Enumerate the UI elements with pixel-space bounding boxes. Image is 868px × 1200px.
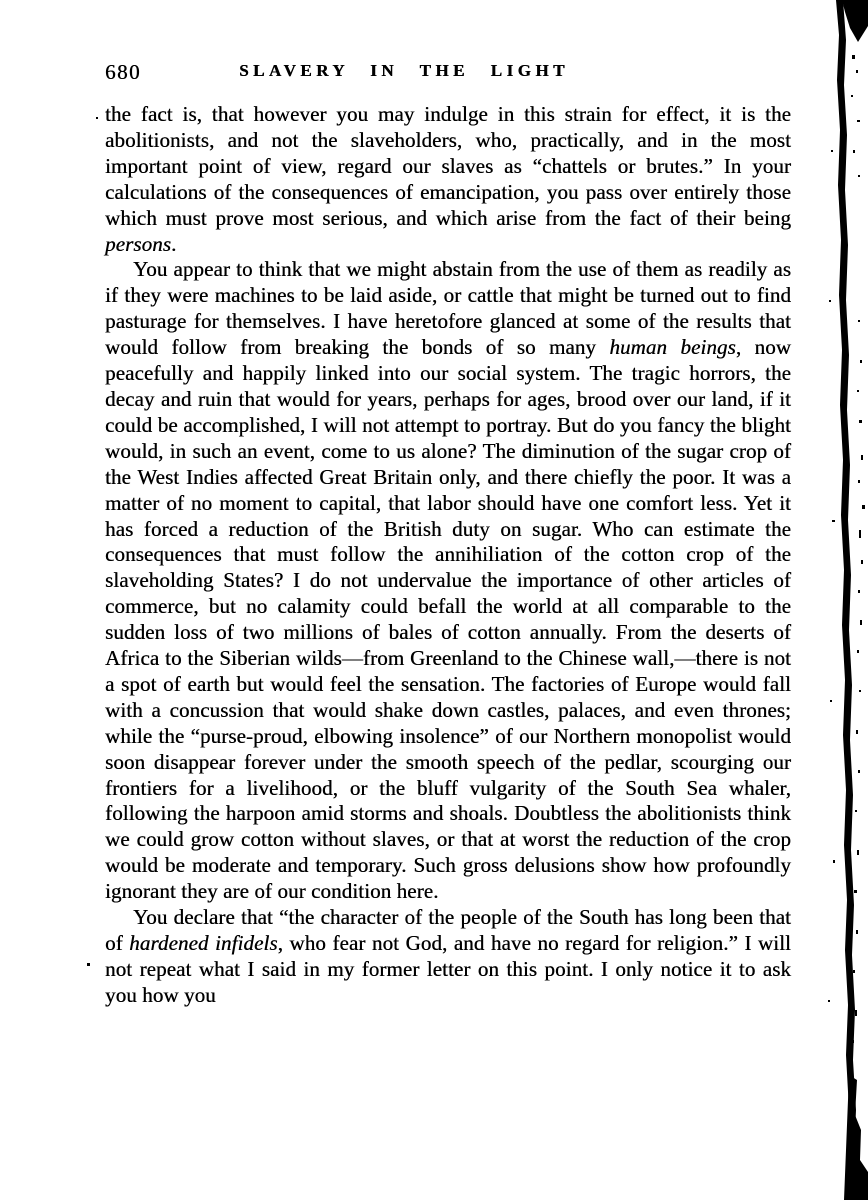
text-segment: , now peacefully and happily linked into… — [105, 335, 791, 903]
page-header: 680 SLAVERY IN THE LIGHT — [105, 57, 791, 85]
italic-text-segment: persons — [105, 232, 171, 256]
text-segment: the fact is, that however you may indulg… — [105, 102, 791, 230]
scanned-book-page: 680 SLAVERY IN THE LIGHT the fact is, th… — [0, 0, 868, 1200]
running-head: SLAVERY IN THE LIGHT — [61, 61, 747, 81]
italic-text-segment: human beings — [609, 335, 735, 359]
paragraph: the fact is, that however you may indulg… — [105, 102, 791, 257]
text-segment: . — [171, 232, 176, 256]
page-body: the fact is, that however you may indulg… — [105, 102, 791, 1009]
paragraph: You declare that “the character of the p… — [105, 905, 791, 1009]
paragraph: You appear to think that we might abstai… — [105, 257, 791, 905]
italic-text-segment: hardened infidels — [129, 931, 277, 955]
